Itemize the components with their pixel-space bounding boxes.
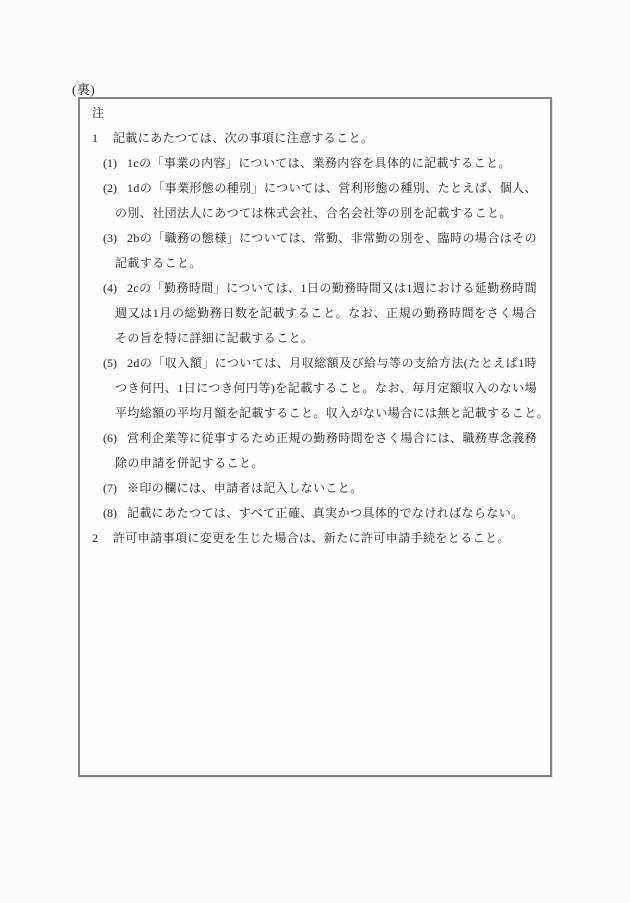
notes-box: 注 1 記載にあたつては、次の事項に注意すること。 (1) 1cの「事業の内容」… (78, 97, 552, 777)
note-line: つき何円、1日につき何円等)を記載すること。なお、毎月定額収入のない場合は (80, 376, 550, 401)
note-line-text: 1dの「事業形態の種別」については、営利形態の種別、たとえば、個人、法人 (127, 181, 537, 201)
note-line: (5) 2dの「収入額」については、月収総額及び給与等の支給方法(たとえば1時間… (80, 351, 550, 376)
note-line-text: 2bの「職務の態様」については、常勤、非常勤の別を、臨時の場合はその旨を (127, 231, 537, 251)
note-line: その旨を特に詳細に記載すること。 (80, 326, 550, 351)
page-side-label: (裏) (72, 79, 95, 98)
note-line: 除の申請を併記すること。 (80, 451, 550, 476)
note-line-marker: (4) (103, 276, 117, 301)
note-line: (2) 1dの「事業形態の種別」については、営利形態の種別、たとえば、個人、法人 (80, 176, 550, 201)
note-line-text: つき何円、1日につき何円等)を記載すること。なお、毎月定額収入のない場合は (115, 381, 537, 401)
note-line: 2 許可申請事項に変更を生じた場合は、新たに許可申請手続をとること。 (80, 526, 550, 551)
note-line-marker: (8) (103, 501, 117, 526)
note-line-text: 注 (92, 106, 104, 120)
note-line-text: 1cの「事業の内容」については、業務内容を具体的に記載すること。 (127, 156, 511, 170)
note-line: 週又は1月の総勤務日数を記載すること。なお、正規の勤務時間をさく場合には、 (80, 301, 550, 326)
note-line-marker: (6) (103, 426, 117, 451)
note-line: (4) 2cの「勤務時間」については、1日の勤務時間又は1週における延勤務時間及… (80, 276, 550, 301)
note-line-text: 記載すること。 (115, 256, 202, 270)
note-line: 1 記載にあたつては、次の事項に注意すること。 (80, 126, 550, 151)
note-line-text: の別、社団法人にあつては株式会社、合名会社等の別を記載すること。 (115, 206, 512, 220)
notes-content: 注 1 記載にあたつては、次の事項に注意すること。 (1) 1cの「事業の内容」… (80, 101, 550, 551)
note-line: (6) 営利企業等に従事するため正規の勤務時間をさく場合には、職務専念義務の免 (80, 426, 550, 451)
note-line: 平均総額の平均月額を記載すること。収入がない場合には無と記載すること。 (80, 401, 550, 426)
note-line-text: 平均総額の平均月額を記載すること。収入がない場合には無と記載すること。 (115, 406, 549, 420)
note-line-marker: (1) (103, 151, 117, 176)
note-line-marker: (2) (103, 176, 117, 201)
note-line-text: 許可申請事項に変更を生じた場合は、新たに許可申請手続をとること。 (113, 531, 510, 545)
note-line: の別、社団法人にあつては株式会社、合名会社等の別を記載すること。 (80, 201, 550, 226)
note-line-marker: (3) (103, 226, 117, 251)
document-page: (裏) 注 1 記載にあたつては、次の事項に注意すること。 (1) 1cの「事業… (0, 0, 630, 903)
note-line-text: 週又は1月の総勤務日数を記載すること。なお、正規の勤務時間をさく場合には、 (115, 306, 537, 326)
note-line-text: 除の申請を併記すること。 (115, 456, 264, 470)
note-line-text: 2cの「勤務時間」については、1日の勤務時間又は1週における延勤務時間及び1 (127, 281, 537, 301)
note-line-text: ※印の欄には、申請者は記入しないこと。 (127, 481, 363, 495)
note-line: (1) 1cの「事業の内容」については、業務内容を具体的に記載すること。 (80, 151, 550, 176)
note-line-marker: (7) (103, 476, 117, 501)
note-line-marker: 1 (92, 126, 98, 151)
note-line-text: 営利企業等に従事するため正規の勤務時間をさく場合には、職務専念義務の免 (127, 431, 537, 451)
note-line-text: 2dの「収入額」については、月収総額及び給与等の支給方法(たとえば1時間に (127, 356, 537, 376)
note-line: (7) ※印の欄には、申請者は記入しないこと。 (80, 476, 550, 501)
note-line: (3) 2bの「職務の態様」については、常勤、非常勤の別を、臨時の場合はその旨を (80, 226, 550, 251)
note-line-marker: (5) (103, 351, 117, 376)
note-line-text: 記載にあたつては、すべて正確、真実かつ具体的でなければならない。 (127, 506, 524, 520)
note-line: 注 (80, 101, 550, 126)
note-line-text: その旨を特に詳細に記載すること。 (115, 331, 313, 345)
note-line: (8) 記載にあたつては、すべて正確、真実かつ具体的でなければならない。 (80, 501, 550, 526)
note-line-text: 記載にあたつては、次の事項に注意すること。 (113, 131, 373, 145)
note-line: 記載すること。 (80, 251, 550, 276)
note-line-marker: 2 (92, 526, 98, 551)
